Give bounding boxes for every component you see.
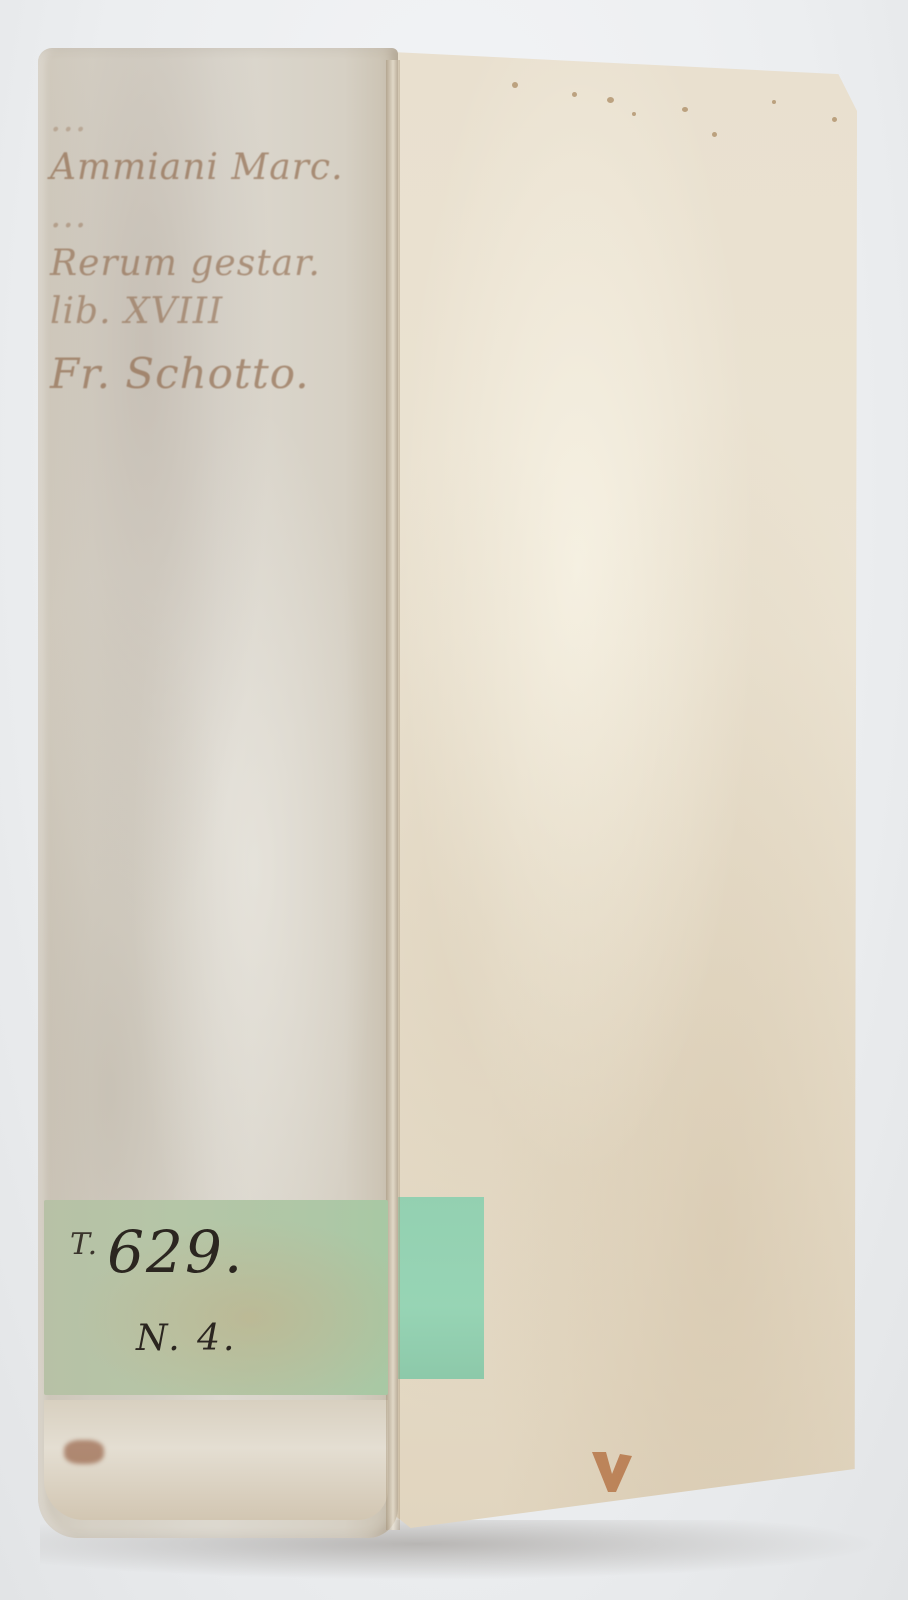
shelf-mark-value: 629. xyxy=(107,1218,244,1286)
rust-stain xyxy=(592,1452,632,1492)
spine-hinge xyxy=(386,60,400,1530)
shelf-mark-number: T.629. xyxy=(70,1218,244,1286)
shelf-mark-volume: N. 4. xyxy=(136,1318,237,1359)
spine-title-line: ... xyxy=(50,192,380,240)
foxing-spot xyxy=(607,97,614,103)
spine-bottom-wear xyxy=(44,1400,388,1520)
spine-title-line: Rerum gestar. xyxy=(50,240,380,288)
spine-title-line: Ammiani Marc. xyxy=(50,144,380,192)
spine-title-line: lib. XVIII xyxy=(50,288,380,336)
foxing-spot xyxy=(832,117,837,122)
foxing-spot xyxy=(512,82,518,88)
foxing-spot xyxy=(632,112,636,116)
book-front-cover xyxy=(392,52,857,1528)
foxing-spot xyxy=(712,132,717,137)
shelf-label: T.629. N. 4. xyxy=(44,1200,388,1395)
foxing-spot xyxy=(572,92,577,97)
spine-handwritten-title: ... Ammiani Marc. ... Rerum gestar. lib.… xyxy=(50,96,380,398)
shelf-mark-prefix: T. xyxy=(70,1227,99,1262)
foxing-spot xyxy=(682,107,688,112)
spine-title-line: ... xyxy=(50,96,380,144)
spine-title-line: Fr. Schotto. xyxy=(50,350,380,398)
foxing-spot xyxy=(772,100,776,104)
shelf-label-front-tab xyxy=(398,1197,484,1379)
rust-stain xyxy=(64,1440,104,1464)
